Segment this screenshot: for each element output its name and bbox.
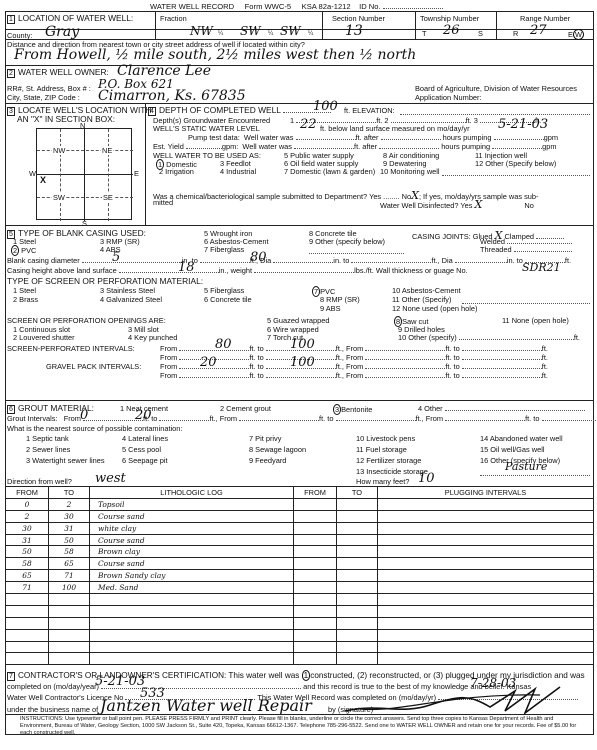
- business-label: under the business name of: [7, 705, 98, 714]
- plug-to[interactable]: [337, 498, 378, 510]
- city-value[interactable]: Cimarron, Ks. 67835: [98, 88, 246, 104]
- height-value[interactable]: 18: [178, 260, 195, 275]
- log-desc[interactable]: Brown Sandy clay: [90, 570, 294, 582]
- section-number: 2: [7, 69, 15, 78]
- plug-from[interactable]: [294, 629, 337, 641]
- ft-from: ft., From: [209, 414, 237, 423]
- blank-dia-value[interactable]: 5: [112, 250, 120, 265]
- title: WATER WELL RECORD: [150, 2, 234, 11]
- log-desc[interactable]: [90, 629, 294, 641]
- contam-option[interactable]: 11 Fuel storage: [356, 445, 407, 454]
- table-row: 3150Course sand: [6, 534, 594, 546]
- county-value[interactable]: Gray: [45, 24, 79, 40]
- ft-to: ft. to: [249, 344, 263, 353]
- log-from[interactable]: [6, 641, 49, 653]
- plug-desc[interactable]: [378, 582, 594, 594]
- log-from[interactable]: 50: [6, 546, 49, 558]
- plug-from[interactable]: [294, 510, 337, 522]
- log-header-row: FROM TO LITHOLOGIC LOG FROM TO PLUGGING …: [6, 487, 594, 499]
- static-level-value[interactable]: 22: [300, 117, 317, 132]
- screen-option[interactable]: 1 Steel: [13, 286, 36, 295]
- plug-desc[interactable]: [378, 570, 594, 582]
- ksa-ref: KSA 82a-1212: [302, 2, 351, 11]
- fraction-2[interactable]: SW: [240, 24, 261, 38]
- log-from[interactable]: 30: [6, 522, 49, 534]
- log-from[interactable]: [6, 617, 49, 629]
- plug-to[interactable]: [337, 558, 378, 570]
- plug-from[interactable]: [294, 653, 337, 665]
- plug-to[interactable]: [337, 641, 378, 653]
- screen-from-value[interactable]: 80: [215, 337, 232, 352]
- screen-option[interactable]: 4 Galvanized Steel: [100, 295, 162, 304]
- screen-option[interactable]: 2 Brass: [13, 295, 38, 304]
- disinfected-no: No: [524, 201, 533, 210]
- log-desc[interactable]: [90, 594, 294, 606]
- plug-desc[interactable]: [378, 629, 594, 641]
- section-number-label: Section Number: [332, 14, 385, 23]
- section-box[interactable]: NW NE SW SE X: [36, 128, 132, 220]
- height-label: Casing height above land surface: [7, 266, 117, 275]
- opening-other[interactable]: 10 Other (specify) ft.: [398, 333, 580, 342]
- ne-label: NE: [101, 146, 113, 155]
- feet-value[interactable]: 10: [418, 471, 435, 486]
- log-from[interactable]: [6, 629, 49, 641]
- range-direction[interactable]: EW: [568, 29, 584, 40]
- form-title: WATER WELL RECORD Form WWC-5 KSA 82a-121…: [150, 2, 443, 11]
- plug-desc[interactable]: [378, 617, 594, 629]
- table-row: 5058Brown clay: [6, 546, 594, 558]
- log-to[interactable]: 100: [49, 582, 90, 594]
- plug-from[interactable]: [294, 641, 337, 653]
- north-label: N: [80, 121, 85, 130]
- fraction-1[interactable]: NW: [190, 24, 213, 38]
- opening-other-label: 10 Other (specify): [398, 333, 457, 342]
- log-to[interactable]: 2: [49, 498, 90, 510]
- log-desc[interactable]: Med. Sand: [90, 582, 294, 594]
- contam-option[interactable]: 7 Pit privy: [249, 434, 281, 443]
- plug-from[interactable]: [294, 605, 337, 617]
- plug-desc[interactable]: [378, 605, 594, 617]
- gpm: gpm: [544, 133, 558, 142]
- section-number: 3: [7, 107, 15, 116]
- log-from[interactable]: 2: [6, 510, 49, 522]
- township-suffix: S: [478, 29, 483, 38]
- log-to[interactable]: 31: [49, 522, 90, 534]
- ft-to: ft. to: [249, 362, 263, 371]
- log-to[interactable]: 30: [49, 510, 90, 522]
- ft-to: ft. to: [445, 344, 459, 353]
- south-label: S: [82, 219, 87, 228]
- table-row: 6571Brown Sandy clay: [6, 570, 594, 582]
- gravel-interval-row-1: From ft. to ft., From ft. to ft.: [160, 362, 548, 371]
- log-from[interactable]: [6, 605, 49, 617]
- table-row: [6, 629, 594, 641]
- table-row: [6, 641, 594, 653]
- use-option[interactable]: 2 Irrigation: [159, 167, 194, 176]
- plug-to[interactable]: [337, 570, 378, 582]
- threaded-row: Threaded: [480, 245, 572, 254]
- table-row: [6, 653, 594, 665]
- plug-desc[interactable]: [378, 641, 594, 653]
- log-to[interactable]: [49, 629, 90, 641]
- id-field[interactable]: [383, 8, 443, 9]
- contam-option[interactable]: 9 Feedyard: [249, 456, 286, 465]
- ft-from: ft., From: [416, 414, 444, 423]
- threaded-label: Threaded: [480, 245, 512, 254]
- casing-option[interactable]: 7 Fiberglass: [204, 245, 244, 254]
- township-value[interactable]: 26: [443, 23, 460, 38]
- screen-option[interactable]: 12 None used (open hole): [392, 304, 477, 313]
- from-label: From: [160, 371, 177, 380]
- log-desc[interactable]: Course sand: [90, 534, 294, 546]
- section-number: 7: [7, 672, 15, 681]
- plug-desc[interactable]: [378, 534, 594, 546]
- plug-desc[interactable]: [378, 522, 594, 534]
- table-row: 02Topsoil: [6, 498, 594, 510]
- table-row: 230Course sand: [6, 510, 594, 522]
- log-from[interactable]: 31: [6, 534, 49, 546]
- ft-to: ft. to: [445, 353, 459, 362]
- plug-from[interactable]: [294, 498, 337, 510]
- static-tail: ft. below land surface measured on mo/da…: [320, 124, 470, 133]
- plug-desc[interactable]: [378, 594, 594, 606]
- log-desc[interactable]: white clay: [90, 522, 294, 534]
- cert-label: CONTRACTOR'S OR LANDOWNER'S CERTIFICATIO…: [18, 671, 299, 680]
- in-to: in. to: [507, 256, 523, 265]
- log-desc[interactable]: Brown clay: [90, 546, 294, 558]
- openings-label: SCREEN OR PERFORATION OPENINGS ARE:: [7, 316, 166, 325]
- table-row: 3031white clay: [6, 522, 594, 534]
- section1-header: 1LOCATION OF WATER WELL:: [7, 13, 133, 24]
- plug-from[interactable]: [294, 558, 337, 570]
- township-prefix: T: [422, 29, 427, 38]
- gw1-label: 1: [290, 116, 294, 125]
- plug-to[interactable]: [337, 546, 378, 558]
- screen-option[interactable]: 6 Concrete tile: [204, 295, 252, 304]
- log-desc[interactable]: [90, 641, 294, 653]
- opening-option[interactable]: 11 None (open hole): [502, 316, 569, 325]
- plug-to[interactable]: [337, 510, 378, 522]
- hours-pumping: hours pumping: [441, 142, 490, 151]
- west-label: W: [29, 169, 36, 178]
- log-from[interactable]: 0: [6, 498, 49, 510]
- section-number: 1: [7, 15, 15, 24]
- section2-header: 2WATER WELL OWNER:: [7, 67, 109, 78]
- plug-from[interactable]: [294, 534, 337, 546]
- plugging-intervals-header: PLUGGING INTERVALS: [378, 487, 594, 499]
- owner-label: WATER WELL OWNER:: [18, 67, 109, 77]
- pump-test-row: Pump test data: Well water was ft. after…: [188, 133, 558, 142]
- log-to[interactable]: 65: [49, 558, 90, 570]
- log-desc[interactable]: [90, 653, 294, 665]
- county-label: County:: [7, 31, 32, 40]
- ft-to: ft. to: [319, 414, 333, 423]
- distance-value[interactable]: From Howell, ½ mile south, 2½ miles west…: [14, 47, 416, 63]
- plug-to[interactable]: [337, 594, 378, 606]
- elevation-label: ft. ELEVATION:: [344, 106, 395, 115]
- ft-to: ft. to: [525, 414, 539, 423]
- blank-to-value[interactable]: 80: [250, 250, 267, 265]
- contam-option[interactable]: 2 Sewer lines: [26, 445, 70, 454]
- section-label: LOCATION OF WATER WELL:: [18, 13, 133, 23]
- contam-option[interactable]: 15 Oil well/Gas well: [480, 445, 544, 454]
- board-label: Board of Agriculture, Division of Water …: [415, 84, 577, 93]
- in-weight: in., weight: [219, 266, 252, 275]
- completed-label: completed on (mo/day/year): [7, 682, 99, 691]
- log-to-header: TO: [49, 487, 90, 499]
- grout-to-value[interactable]: 20: [135, 408, 152, 423]
- log-table: FROM TO LITHOLOGIC LOG FROM TO PLUGGING …: [5, 486, 594, 665]
- quarter-mark: ¼: [218, 30, 223, 37]
- address-label: RR#, St. Address, Box # :: [7, 84, 91, 93]
- pump-label: Pump test data:: [188, 133, 240, 142]
- instructions-text: INSTRUCTIONS: Use typewriter or ball poi…: [20, 716, 585, 737]
- screen-option[interactable]: 5 Fiberglass: [204, 286, 244, 295]
- yield-row: Est. Yield gpm: Well water was ft. after…: [153, 142, 557, 151]
- grout-other[interactable]: 4 Other: [418, 404, 585, 413]
- range-label: Range Number: [520, 14, 570, 23]
- casing-pvc-selected[interactable]: 2 PVC: [11, 245, 36, 256]
- screen-option[interactable]: 10 Asbestos-Cement: [392, 286, 461, 295]
- table-row: 71100Med. Sand: [6, 582, 594, 594]
- depth-label: DEPTH OF COMPLETED WELL: [159, 105, 281, 115]
- grout-other-label: 4 Other: [418, 404, 443, 413]
- id-label: ID No.: [359, 2, 381, 11]
- cert-tail: constructed, (2) reconstructed, or (3) p…: [310, 671, 584, 680]
- plug-to[interactable]: [337, 582, 378, 594]
- grout-from-value[interactable]: 0: [80, 408, 88, 423]
- gravel-from-value[interactable]: 20: [200, 355, 217, 370]
- plug-to[interactable]: [337, 605, 378, 617]
- in-to: in. to: [333, 256, 349, 265]
- plug-desc[interactable]: [378, 653, 594, 665]
- yield-label: Est. Yield: [153, 142, 184, 151]
- fraction-3[interactable]: SW: [280, 24, 301, 38]
- ft-to: ft. to: [445, 371, 459, 380]
- ft-from: ft., From: [336, 353, 364, 362]
- yield-gpm: gpm:: [222, 142, 238, 151]
- elevation-field[interactable]: [400, 106, 590, 115]
- log-to[interactable]: 58: [49, 546, 90, 558]
- log-to[interactable]: [49, 653, 90, 665]
- plug-to[interactable]: [337, 617, 378, 629]
- cert-constructed-selected[interactable]: 1: [302, 670, 311, 681]
- chem-tail2: mitted: [153, 198, 173, 207]
- log-to[interactable]: [49, 617, 90, 629]
- table-row: [6, 594, 594, 606]
- log-to[interactable]: 71: [49, 570, 90, 582]
- quarter-mark: ¼: [268, 30, 273, 37]
- plug-from[interactable]: [294, 594, 337, 606]
- plug-from[interactable]: [294, 582, 337, 594]
- township-label: Township Number: [420, 14, 479, 23]
- contam-option[interactable]: 1 Septic tank: [26, 434, 69, 443]
- casing-height-row: Casing height above land surface in., we…: [7, 266, 468, 275]
- screen-to-value[interactable]: 100: [290, 337, 315, 352]
- hours-pumping: hours pumping: [443, 133, 492, 142]
- log-to[interactable]: [49, 641, 90, 653]
- log-from-header: FROM: [6, 487, 49, 499]
- from-label: From: [64, 414, 81, 423]
- section4-header: 4DEPTH OF COMPLETED WELL: [148, 105, 331, 116]
- log-from[interactable]: 71: [6, 582, 49, 594]
- log-from[interactable]: 65: [6, 570, 49, 582]
- se-label: SE: [102, 193, 114, 202]
- from-label: From: [160, 353, 177, 362]
- table-row: [6, 617, 594, 629]
- plug-desc[interactable]: [378, 510, 594, 522]
- log-desc[interactable]: Course sand: [90, 510, 294, 522]
- opening-option[interactable]: 5 Guazed wrapped: [267, 316, 329, 325]
- log-from[interactable]: 58: [6, 558, 49, 570]
- grout-option[interactable]: 2 Cement grout: [220, 404, 271, 413]
- gravel-to-value[interactable]: 100: [290, 355, 315, 370]
- quarter-mark: ¼: [308, 30, 313, 37]
- plug-desc[interactable]: [378, 498, 594, 510]
- screen-option[interactable]: 8 RMP (SR): [320, 295, 360, 304]
- blank-dia-label: Blank casing diameter: [7, 256, 80, 265]
- form-number: Form WWC-5: [245, 2, 291, 11]
- section-number: 4: [148, 107, 156, 116]
- range-w-selected: W: [573, 29, 584, 40]
- plug-to[interactable]: [337, 522, 378, 534]
- plug-from-header: FROM: [294, 487, 337, 499]
- opening-option[interactable]: 2 Louvered shutter: [13, 333, 75, 342]
- ft-after: ft. after: [356, 133, 379, 142]
- use-option[interactable]: 7 Domestic (lawn & garden): [284, 167, 375, 176]
- contam-option[interactable]: 3 Watertight sewer lines: [26, 456, 105, 465]
- contam-other-value[interactable]: Pasture: [505, 460, 547, 473]
- feet-label: How many feet?: [356, 477, 409, 486]
- ft-from: ft., From: [336, 371, 364, 380]
- plug-from[interactable]: [294, 522, 337, 534]
- contam-option[interactable]: 8 Sewage lagoon: [249, 445, 306, 454]
- grout-intervals-row: Grout Intervals: From ft. to ft., From f…: [7, 414, 597, 423]
- ft-dia: ft., Dia: [431, 256, 452, 265]
- ft-after: ft. after: [354, 142, 377, 151]
- screen-option[interactable]: 3 Stainless Steel: [100, 286, 155, 295]
- log-from[interactable]: [6, 653, 49, 665]
- lithologic-log-header: LITHOLOGIC LOG: [90, 487, 294, 499]
- contamination-label: What is the nearest source of possible c…: [7, 424, 182, 433]
- use-option[interactable]: 10 Monitoring well: [380, 167, 440, 176]
- contam-option[interactable]: 10 Livestock pens: [356, 434, 415, 443]
- log-desc[interactable]: [90, 605, 294, 617]
- log-from[interactable]: [6, 594, 49, 606]
- plug-to[interactable]: [337, 629, 378, 641]
- log-to[interactable]: [49, 605, 90, 617]
- contam-option[interactable]: 14 Abandoned water well: [480, 434, 563, 443]
- direction-label: Direction from well?: [7, 477, 72, 486]
- fraction-label: Fraction: [160, 14, 187, 23]
- from-label: From: [160, 362, 177, 371]
- gravel-interval-row-2: From ft. to ft., From ft. to ft.: [160, 371, 548, 380]
- static-level-label: WELL'S STATIC WATER LEVEL: [153, 124, 260, 133]
- chem-label: Was a chemical/bacteriological sample su…: [153, 192, 411, 201]
- disinfected-row: Water Well Disinfected? Yes X No: [380, 198, 534, 211]
- ft-to: ft. to: [445, 362, 459, 371]
- contam-option[interactable]: 5 Cess pool: [122, 445, 161, 454]
- range-prefix: R: [513, 29, 518, 38]
- section-number: 6: [7, 405, 15, 414]
- signature-scribble[interactable]: [340, 685, 580, 717]
- east-label: E: [134, 169, 139, 178]
- contam-option[interactable]: 4 Lateral lines: [122, 434, 168, 443]
- plug-desc[interactable]: [378, 546, 594, 558]
- screen-option[interactable]: 11 Other (Specify): [392, 295, 451, 304]
- well-location-mark: X: [40, 175, 46, 185]
- screen-material-label: TYPE OF SCREEN OR PERFORATION MATERIAL:: [7, 276, 203, 286]
- plug-to[interactable]: [337, 534, 378, 546]
- direction-value[interactable]: west: [95, 471, 126, 486]
- contam-option[interactable]: 12 Fertilizer storage: [356, 456, 421, 465]
- well-water-label: Well water was: [244, 133, 294, 142]
- plug-from[interactable]: [294, 546, 337, 558]
- disinfected-label: Water Well Disinfected? Yes: [380, 201, 472, 210]
- disinfected-yes-mark[interactable]: X: [475, 198, 483, 211]
- grout-intervals-label: Grout Intervals:: [7, 414, 58, 423]
- contam-option[interactable]: 6 Seepage pit: [122, 456, 168, 465]
- screen-interval-row-2: From ft. to ft., From ft. to ft.: [160, 353, 548, 362]
- wall-thickness-value[interactable]: SDR21: [522, 261, 561, 274]
- log-desc[interactable]: Course sand: [90, 558, 294, 570]
- opening-option[interactable]: 4 Key punched: [128, 333, 177, 342]
- table-row: [6, 605, 594, 617]
- sw-label: SW: [52, 193, 66, 202]
- gravel-intervals-label: GRAVEL PACK INTERVALS:: [46, 362, 141, 371]
- range-value[interactable]: 27: [530, 23, 547, 38]
- city-label: City, State, ZIP Code :: [7, 93, 80, 102]
- lbs-wall: lbs./ft. Wall thickness or guage No.: [354, 266, 468, 275]
- well-water-label: Well water was: [242, 142, 292, 151]
- log-desc[interactable]: Topsoil: [90, 498, 294, 510]
- log-to[interactable]: 50: [49, 534, 90, 546]
- screen-option[interactable]: 9 ABS: [320, 304, 341, 313]
- use-option[interactable]: 4 Industrial: [220, 167, 256, 176]
- ft-from: ft., From: [336, 362, 364, 371]
- log-desc[interactable]: [90, 617, 294, 629]
- business-value[interactable]: Jantzen Water well Repair: [100, 696, 312, 715]
- from-label: From: [160, 344, 177, 353]
- plug-to-header: TO: [337, 487, 378, 499]
- screen-intervals-label: SCREEN-PERFORATED INTERVALS:: [7, 344, 135, 353]
- plug-desc[interactable]: [378, 558, 594, 570]
- plug-to[interactable]: [337, 653, 378, 665]
- application-label: Application Number:: [415, 93, 482, 102]
- ft-to: ft. to: [249, 371, 263, 380]
- section-number-value[interactable]: 13: [345, 23, 363, 39]
- ft-to: ft. to: [249, 353, 263, 362]
- log-to[interactable]: [49, 594, 90, 606]
- gpm: gpm: [542, 142, 556, 151]
- plug-from[interactable]: [294, 570, 337, 582]
- blank-diameter-row: Blank casing diameter in. to ft., Dia in…: [7, 256, 571, 265]
- section3-sublabel: AN "X" IN SECTION BOX:: [17, 114, 115, 124]
- ft-from: ft., From: [336, 344, 364, 353]
- depth-value[interactable]: 100: [313, 99, 338, 114]
- completed-date[interactable]: 5-21-03: [95, 674, 145, 689]
- static-date[interactable]: 5-21-03: [498, 117, 548, 132]
- table-row: 5865Course sand: [6, 558, 594, 570]
- nw-label: NW: [52, 146, 66, 155]
- plug-from[interactable]: [294, 617, 337, 629]
